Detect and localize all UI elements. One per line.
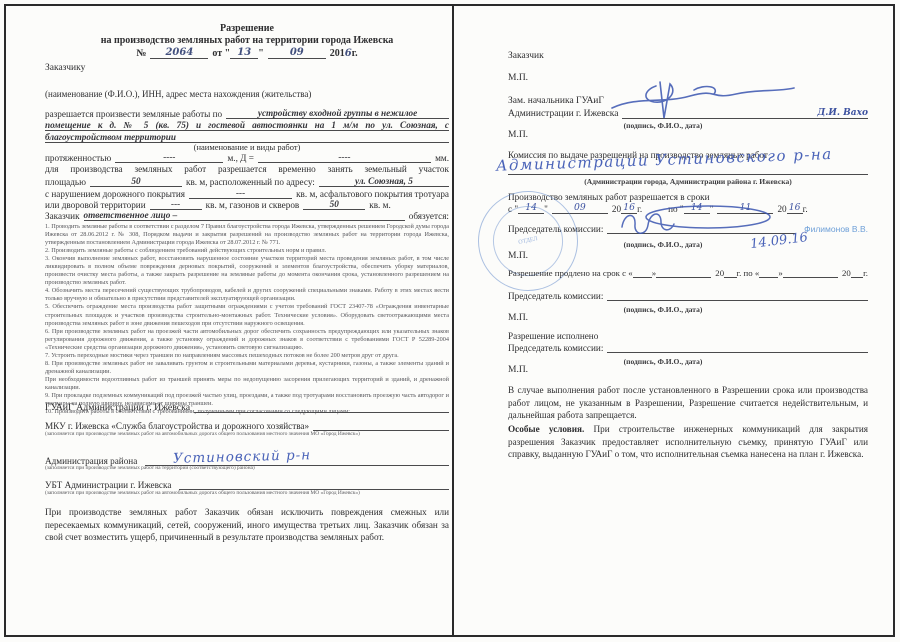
- condition-item: 7. Устроить переходные мостики через тра…: [45, 352, 449, 360]
- area-line: площадью 50 кв. м, расположенный по адре…: [45, 176, 449, 187]
- guaig-approval-line: ГУАиГ Администрации г. Ижевска: [45, 401, 449, 413]
- chairman2-signature-line: [607, 290, 868, 301]
- deputy-title-line2: Администрации г. Ижевска: [508, 109, 618, 119]
- extension-line: Разрешение продлено на срок с « » 20 г. …: [508, 267, 868, 278]
- road-label: с нарушением дорожного покрытия: [45, 189, 185, 199]
- special-conditions-paragraph: Особые условия. При строительстве инжене…: [508, 423, 868, 461]
- to-year-value: 16: [787, 202, 803, 214]
- area-label: площадью: [45, 177, 86, 187]
- blank-line: [194, 210, 405, 221]
- works-value-line2: помещение к д. № 5 (кв. 75) и гостевой а…: [45, 120, 449, 131]
- road-line: с нарушением дорожного покрытия --- кв. …: [45, 188, 449, 199]
- year-suffix: г.: [352, 48, 358, 59]
- condition-item: 6. При производстве земляных работ на пр…: [45, 328, 449, 352]
- length-line: протяженностью ---- м., Д = ---- мм.: [45, 152, 449, 163]
- district-hint: (заполняется при производстве земляных р…: [45, 465, 449, 471]
- road-unit: кв. м, асфальтового покрытия тротуара: [296, 189, 449, 199]
- mku-approval-line: МКУ г. Ижевска «Служба благоустройства и…: [45, 420, 449, 431]
- century-printed: 20: [777, 204, 786, 214]
- century-printed: 20: [612, 204, 621, 214]
- guaig-label: ГУАиГ Администрации г. Ижевска: [45, 402, 190, 413]
- customer-sign-label: Заказчик: [508, 51, 868, 61]
- condition-item: 8. При производстве земляных работ не за…: [45, 360, 449, 376]
- chairman3-signature-line: [607, 342, 868, 353]
- address-value: ул. Союзная, 5: [319, 176, 449, 187]
- occupy-line: для производства земляных работ разрешае…: [45, 164, 449, 174]
- ext-month-blank: [656, 267, 711, 278]
- ext-day-blank: [633, 267, 652, 278]
- scanned-permit-document: Разрешение на производство земляных рабо…: [0, 0, 900, 642]
- district-approval-line: Администрация района Устиновский р-н: [45, 449, 449, 466]
- chairman-label: Председатель комиссии:: [508, 343, 603, 353]
- special-conditions-label: Особые условия.: [508, 424, 584, 434]
- doc-title-line1: Разрешение: [45, 23, 449, 34]
- deputy-signer-name: Д.И. Вахо: [817, 108, 868, 118]
- liability-paragraph: При производстве земляных работ Заказчик…: [45, 506, 449, 544]
- from-year-value: 16: [621, 202, 637, 214]
- condition-item: 4. Обозначить места пересечений существу…: [45, 287, 449, 303]
- date-ot-label: от ": [212, 48, 230, 59]
- ext-year-blank: [724, 267, 736, 278]
- deputy-sign-line: Администрации г. Ижевска Д.И. Вахо: [508, 108, 868, 119]
- customer-to-label: Заказчику: [45, 63, 449, 73]
- condition-item: 5. Обеспечить ограждение места производс…: [45, 303, 449, 327]
- executed-label: Разрешение исполнено: [508, 331, 868, 341]
- ext-part4: г. по «: [737, 268, 760, 278]
- condition-item: 2. Производить земляные работы с соблюде…: [45, 247, 449, 255]
- ubt-approval-line: УБТ Администрации г. Ижевска: [45, 479, 449, 490]
- chairman-sign-line-2: Председатель комиссии:: [508, 290, 868, 301]
- stamp-place-label: М.П.: [508, 313, 868, 323]
- length-label: протяженностью: [45, 153, 111, 163]
- lawn-unit: кв. м.: [369, 200, 391, 210]
- number-label: №: [136, 48, 146, 59]
- area-unit: кв. м, расположенный по адресу:: [186, 177, 315, 187]
- to-label: по ": [668, 204, 684, 214]
- district-sign-line: Устиновский р-н: [145, 449, 449, 466]
- obliges-label: обязуется:: [409, 211, 449, 221]
- diameter-unit: мм.: [435, 153, 449, 163]
- chairman-sign-hint: (подпись, Ф.И.О., дата): [568, 240, 758, 249]
- condition-item: 1. Проводить земляные работы в соответст…: [45, 223, 449, 247]
- works-value-line1: устройству входной группы в нежилое: [226, 108, 449, 119]
- customer2-label: Заказчик: [45, 211, 80, 221]
- deputy-title-line1: Зам. начальника ГУАиГ: [508, 96, 868, 106]
- diameter-value: ----: [258, 152, 431, 163]
- page-divider-line: [452, 4, 454, 637]
- doc-title-line2: на производство земляных работ на террит…: [45, 35, 449, 46]
- length-unit: м., Д =: [227, 153, 253, 163]
- day-value: 13: [230, 47, 258, 59]
- chairman-label: Председатель комиссии:: [508, 291, 603, 301]
- mku-sign-line: [313, 420, 449, 431]
- chairman-sign-line-3: Председатель комиссии:: [508, 342, 868, 353]
- ext-part6: 20: [842, 268, 851, 278]
- chairman-signature-line: [607, 223, 796, 234]
- permit-page-back: Заказчик М.П. Зам. начальника ГУАиГ Адми…: [508, 0, 868, 642]
- guaig-sign-line: [194, 401, 449, 413]
- ubt-sign-line: [179, 479, 449, 490]
- works-hint: (наименование и виды работ): [45, 142, 449, 152]
- year-printed: 201: [330, 48, 345, 59]
- deputy-signature-line: Д.И. Вахо: [622, 108, 868, 119]
- to-month-value: 11: [717, 202, 773, 214]
- ext-part7: г.: [863, 268, 868, 278]
- condition-item: При необходимости водоотливных работ из …: [45, 376, 449, 392]
- month-value: 09: [268, 47, 326, 59]
- responsible-value: ответственное лицо –: [84, 210, 194, 221]
- to-day-value: 14: [684, 202, 710, 214]
- customer-obliges-line: Заказчик ответственное лицо – обязуется:: [45, 210, 449, 221]
- ubt-hint: (заполняется при производстве земляных р…: [45, 490, 449, 496]
- yard-line: или дворовой территории --- кв. м, газон…: [45, 199, 449, 210]
- stamp-place-label: М.П.: [508, 130, 868, 140]
- mku-label: МКУ г. Ижевска «Служба благоустройства и…: [45, 421, 309, 431]
- quote-char: ": [710, 204, 714, 214]
- invalid-warning-paragraph: В случае выполнения работ после установл…: [508, 384, 868, 422]
- period-title: Производство земляных работ разрешается …: [508, 192, 868, 202]
- deputy-sign-hint: (подпись, Ф.И.О., дата): [568, 121, 758, 130]
- works-permit-line: разрешается произвести земляные работы п…: [45, 108, 449, 119]
- mku-hint: (заполняется при производстве земляных р…: [45, 431, 449, 437]
- yard-unit: кв. м, газонов и скверов: [206, 200, 300, 210]
- stamp-text: ОТДЕЛ: [518, 236, 538, 247]
- ubt-label: УБТ Администрации г. Ижевска: [45, 480, 171, 490]
- permit-conditions-list: 1. Проводить земляные работы в соответст…: [45, 223, 449, 416]
- ext-month-blank2: [783, 267, 838, 278]
- year-g: г.: [637, 204, 642, 214]
- works-prefix: разрешается произвести земляные работы п…: [45, 109, 222, 119]
- ext-part1: Разрешение продлено на срок с «: [508, 268, 633, 278]
- year-hand-digit: 6: [345, 48, 352, 59]
- quote-char: ": [258, 48, 264, 59]
- ext-year-blank2: [851, 267, 863, 278]
- district-handwritten-value: Устиновский р-н: [173, 447, 311, 467]
- area-value: 50: [90, 176, 182, 187]
- number-value: 2064: [150, 47, 208, 59]
- ext-day-blank2: [759, 267, 778, 278]
- commission-hint: (Администрации города, Администрации рай…: [508, 177, 868, 186]
- stamp-place-label: М.П.: [508, 73, 868, 83]
- yard-label: или дворовой территории: [45, 200, 146, 210]
- permit-page-front: Разрешение на производство земляных рабо…: [45, 0, 449, 642]
- customer-name-hint: (наименование (Ф.И.О.), ИНН, адрес места…: [45, 89, 449, 99]
- condition-item: 3. Окончив выполнение земляных работ, во…: [45, 255, 449, 287]
- year-g: г.: [803, 204, 808, 214]
- road-value: ---: [189, 188, 292, 199]
- stamp-place-label: М.П.: [508, 365, 868, 375]
- length-value: ----: [115, 152, 223, 163]
- doc-number-line: № 2064 от " 13 " 09 2016г.: [45, 47, 449, 59]
- yard-value: ---: [150, 199, 202, 210]
- ext-part3: 20: [715, 268, 724, 278]
- lawn-value: 50: [303, 199, 365, 210]
